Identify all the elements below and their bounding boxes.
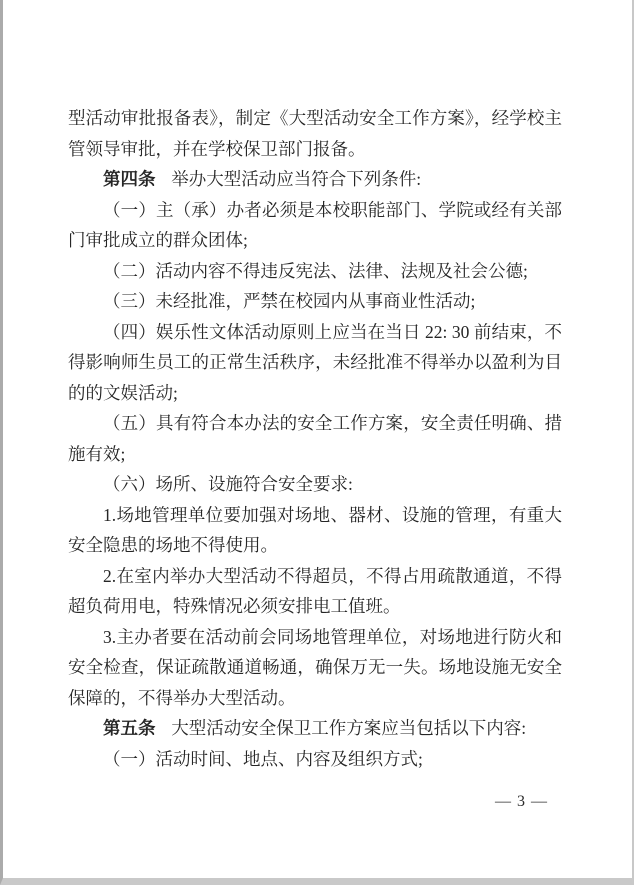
article-4-number: 第四条 [103, 169, 156, 189]
article-5-title: 大型活动安全保卫工作方案应当包括以下内容: [171, 718, 526, 738]
clause-6-item-3: 3.主办者要在活动前会同场地管理单位，对场地进行防火和安全检查，保证疏散通道畅通… [68, 622, 562, 714]
article-5-heading: 第五条大型活动安全保卫工作方案应当包括以下内容: [68, 713, 562, 744]
article-4-title: 举办大型活动应当符合下列条件: [171, 169, 421, 189]
clause-6-item-1: 1.场地管理单位要加强对场地、器材、设施的管理，有重大安全隐患的场地不得使用。 [68, 500, 562, 561]
clause-6-item-2: 2.在室内举办大型活动不得超员，不得占用疏散通道，不得超负荷用电，特殊情况必须安… [68, 561, 562, 622]
clause-6: （六）场所、设施符合安全要求: [68, 469, 562, 500]
document-body: 型活动审批报备表》，制定《大型活动安全工作方案》，经学校主管领导审批，并在学校保… [68, 103, 562, 774]
article-5-number: 第五条 [103, 718, 156, 738]
clause-1: （一）主（承）办者必须是本校职能部门、学院或经有关部门审批成立的群众团体; [68, 195, 562, 256]
paragraph-continuation: 型活动审批报备表》，制定《大型活动安全工作方案》，经学校主管领导审批，并在学校保… [68, 103, 562, 164]
clause-4: （四）娱乐性文体活动原则上应当在当日 22: 30 前结束，不得影响师生员工的正… [68, 317, 562, 409]
article-5-item-1: （一）活动时间、地点、内容及组织方式; [68, 744, 562, 775]
clause-2: （二）活动内容不得违反宪法、法律、法规及社会公德; [68, 256, 562, 287]
page-number: — 3 — [495, 793, 548, 811]
clause-3: （三）未经批准，严禁在校园内从事商业性活动; [68, 286, 562, 317]
clause-5: （五）具有符合本办法的安全工作方案，安全责任明确、措施有效; [68, 408, 562, 469]
document-page: 型活动审批报备表》，制定《大型活动安全工作方案》，经学校主管领导审批，并在学校保… [0, 0, 634, 885]
article-4-heading: 第四条举办大型活动应当符合下列条件: [68, 164, 562, 195]
